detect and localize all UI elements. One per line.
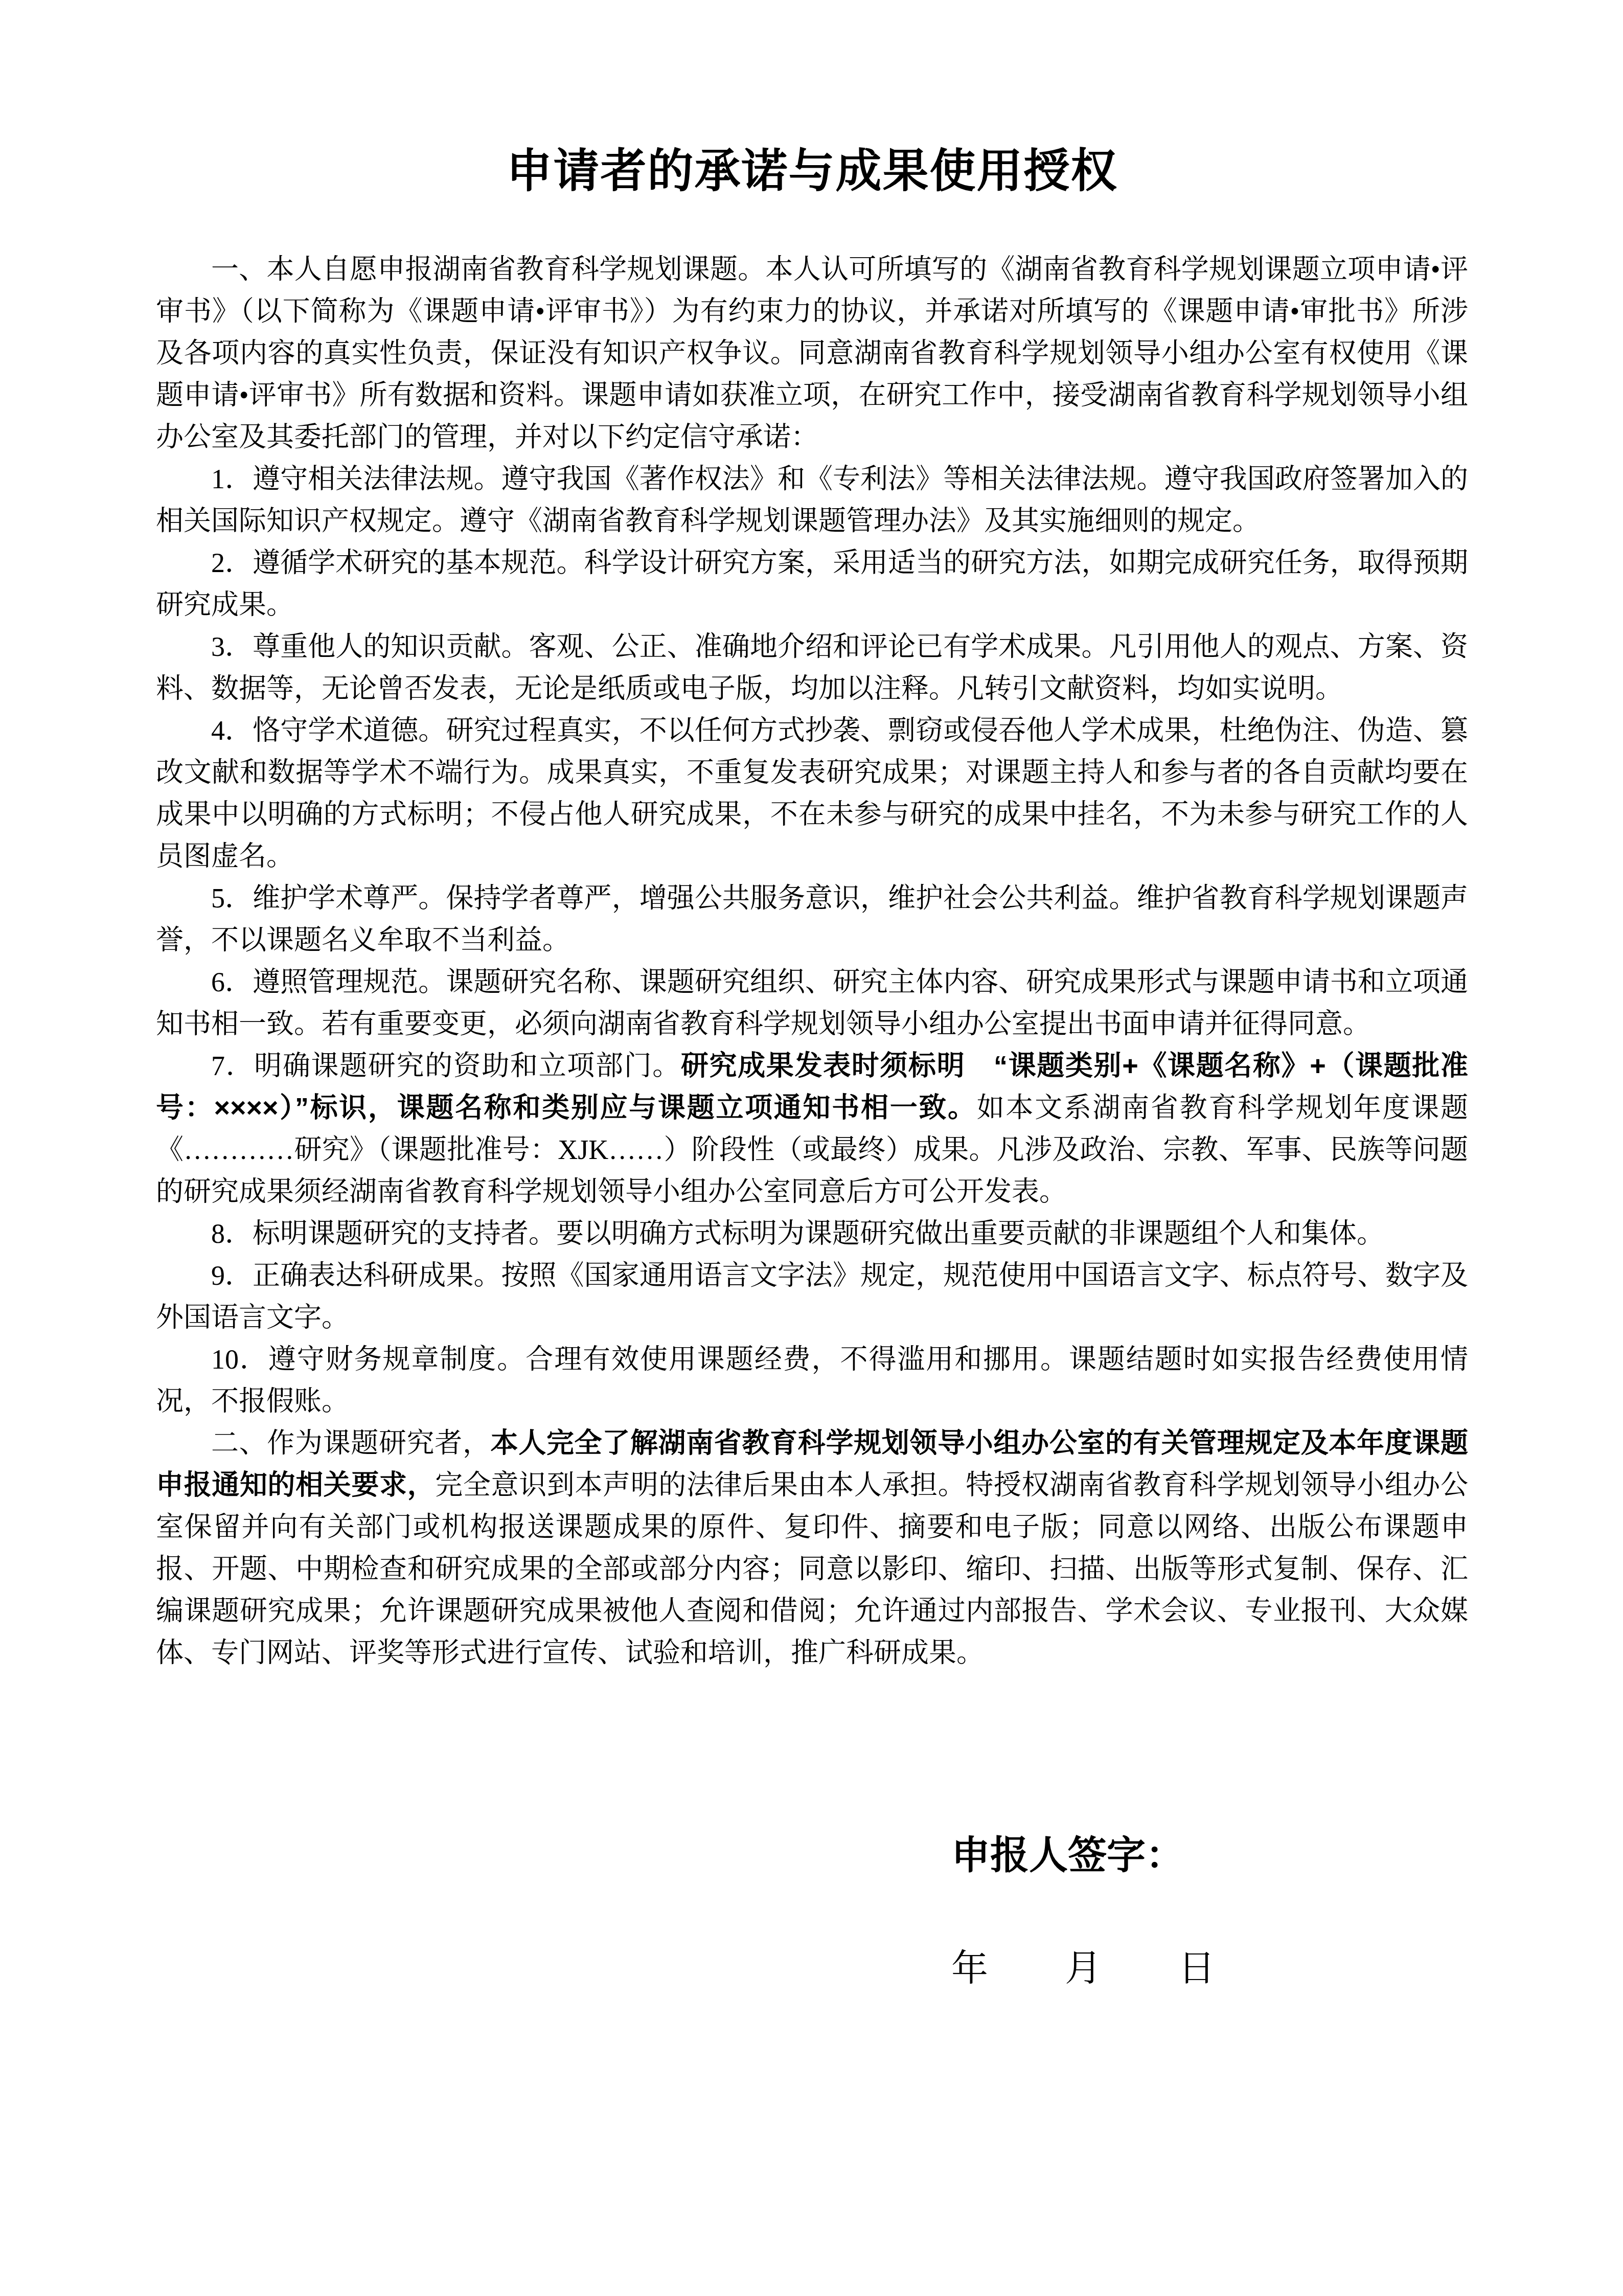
paragraph-authorization: 二、作为课题研究者，本人完全了解湖南省教育科学规划领导小组办公室的有关管理规定及… [156, 1422, 1468, 1674]
text-run: 3．尊重他人的知识贡献。客观、公正、准确地介绍和评论已有学术成果。凡引用他人的观… [156, 631, 1468, 704]
commitment-item-10: 10．遵守财务规章制度。合理有效使用课题经费，不得滥用和挪用。课题结题时如实报告… [156, 1338, 1468, 1422]
commitment-item-8: 8．标明课题研究的支持者。要以明确方式标明为课题研究做出重要贡献的非课题组个人和… [156, 1213, 1468, 1255]
text-run: 9．正确表达科研成果。按照《国家通用语言文字法》规定，规范使用中国语言文字、标点… [156, 1260, 1468, 1333]
text-run: 5．维护学术尊严。保持学者尊严，增强公共服务意识，维护社会公共利益。维护省教育科… [156, 883, 1468, 956]
date-month-label: 月 [1065, 1949, 1102, 1988]
commitment-item-6: 6．遵照管理规范。课题研究名称、课题研究组织、研究主体内容、研究成果形式与课题申… [156, 961, 1468, 1045]
commitment-item-4: 4．恪守学术道德。研究过程真实，不以任何方式抄袭、剽窃或侵吞他人学术成果，杜绝伪… [156, 710, 1468, 877]
commitment-item-7: 7．明确课题研究的资助和立项部门。研究成果发表时须标明 “课题类别+《课题名称》… [156, 1045, 1468, 1213]
commitment-item-2: 2．遵循学术研究的基本规范。科学设计研究方案，采用适当的研究方法，如期完成研究任… [156, 542, 1468, 626]
page-title: 申请者的承诺与成果使用授权 [156, 148, 1468, 194]
commitment-item-3: 3．尊重他人的知识贡献。客观、公正、准确地介绍和评论已有学术成果。凡引用他人的观… [156, 626, 1468, 710]
commitment-item-9: 9．正确表达科研成果。按照《国家通用语言文字法》规定，规范使用中国语言文字、标点… [156, 1255, 1468, 1338]
date-day-label: 日 [1178, 1949, 1215, 1988]
text-run: 6．遵照管理规范。课题研究名称、课题研究组织、研究主体内容、研究成果形式与课题申… [156, 967, 1468, 1039]
text-run: 二、作为课题研究者， [211, 1428, 491, 1459]
text-run: 2．遵循学术研究的基本规范。科学设计研究方案，采用适当的研究方法，如期完成研究任… [156, 548, 1468, 620]
commitment-item-1: 1．遵守相关法律法规。遵守我国《著作权法》和《专利法》等相关法律法规。遵守我国政… [156, 458, 1468, 542]
text-run: 一、本人自愿申报湖南省教育科学规划课题。本人认可所填写的《湖南省教育科学规划课题… [156, 254, 1468, 452]
text-run: 8．标明课题研究的支持者。要以明确方式标明为课题研究做出重要贡献的非课题组个人和… [211, 1218, 1384, 1249]
date-year-label: 年 [951, 1949, 988, 1988]
commitment-item-5: 5．维护学术尊严。保持学者尊严，增强公共服务意识，维护社会公共利益。维护省教育科… [156, 877, 1468, 961]
text-run: 7．明确课题研究的资助和立项部门。 [211, 1051, 681, 1081]
text-run: 4．恪守学术道德。研究过程真实，不以任何方式抄袭、剽窃或侵吞他人学术成果，杜绝伪… [156, 715, 1468, 872]
applicant-signature-label: 申报人签字： [951, 1835, 1468, 1876]
document-page: 申请者的承诺与成果使用授权 一、本人自愿申报湖南省教育科学规划课题。本人认可所填… [0, 0, 1623, 2296]
document-body: 一、本人自愿申报湖南省教育科学规划课题。本人认可所填写的《湖南省教育科学规划课题… [156, 248, 1468, 1674]
date-line: 年 月 日 [951, 1949, 1215, 1988]
signature-block: 申报人签字： 年 月 日 [951, 1835, 1468, 1988]
text-run: 10．遵守财务规章制度。合理有效使用课题经费，不得滥用和挪用。课题结题时如实报告… [156, 1344, 1468, 1417]
text-run: 1．遵守相关法律法规。遵守我国《著作权法》和《专利法》等相关法律法规。遵守我国政… [156, 464, 1468, 536]
paragraph-intro: 一、本人自愿申报湖南省教育科学规划课题。本人认可所填写的《湖南省教育科学规划课题… [156, 248, 1468, 458]
